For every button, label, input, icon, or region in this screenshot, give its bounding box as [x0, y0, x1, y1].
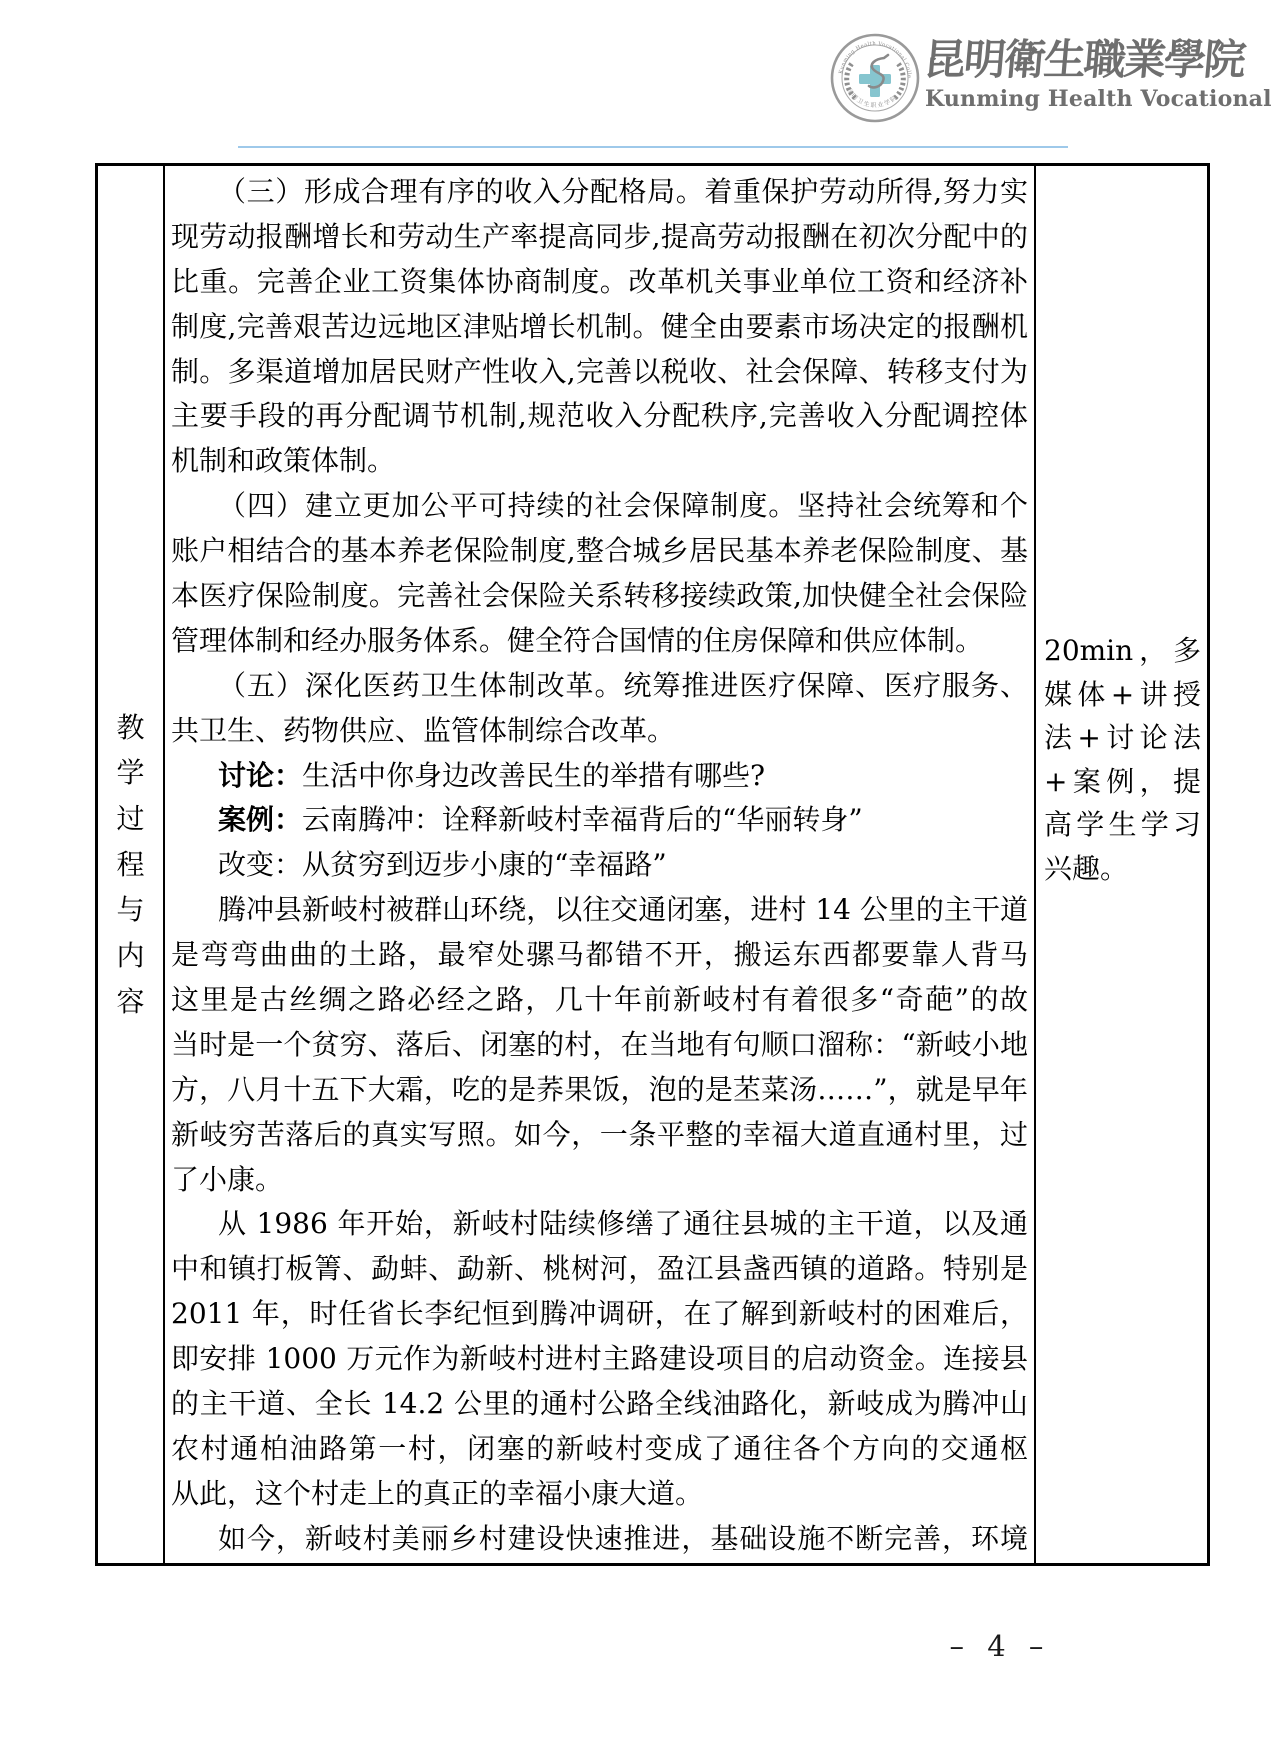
row-header-char: 容: [116, 979, 144, 1025]
content-line: 现劳动报酬增长和劳动生产率提高同步,提高劳动报酬在初次分配中的: [171, 215, 1028, 260]
content-line: 的主干道、全长 14.2 公里的通村公路全线油路化，新岐成为腾冲山区: [171, 1382, 1028, 1427]
content-line: 从此，这个村走上的真正的幸福小康大道。: [171, 1472, 1028, 1517]
laurel-right: [895, 62, 903, 98]
document-page: Kunming Health Vocational College 昆明卫生职业…: [0, 0, 1271, 1763]
content-line: 即安排 1000 万元作为新岐村进村主路建设项目的启动资金。连接县城: [171, 1337, 1028, 1382]
row-header-char: 程: [116, 842, 144, 888]
content-line: 中和镇打板箐、勐蚌、勐新、桃树河，盈江县盏西镇的道路。特别是: [171, 1247, 1028, 1292]
content-line: 当时是一个贫穷、落后、闭塞的村，在当地有句顺口溜称：“新岐小地: [171, 1023, 1028, 1068]
row-header-char: 内: [116, 933, 144, 979]
lesson-table: 教学过程与内容 （三）形成合理有序的收入分配格局。着重保护劳动所得,努力实现劳动…: [95, 163, 1210, 1566]
content-line: 新岐穷苦落后的真实写照。如今，一条平整的幸福大道直通村里，过上: [171, 1113, 1028, 1158]
content-line: 制度,完善艰苦边远地区津贴增长机制。健全由要素市场决定的报酬机: [171, 305, 1028, 350]
content-line: 管理体制和经办服务体系。健全符合国情的住房保障和供应体制。: [171, 619, 1028, 664]
page-number: – 4 –: [900, 1628, 1100, 1664]
content-line: 比重。完善企业工资集体协商制度。改革机关事业单位工资和经济补贴: [171, 260, 1028, 305]
content-line: 案例：云南腾冲：诠释新岐村幸福背后的“华丽转身”: [171, 798, 1028, 843]
method-time-cell: 20min，多媒体+讲授法+讨论法+案例，提高学生学习兴趣。: [1036, 166, 1207, 1563]
content-line: 账户相结合的基本养老保险制度,整合城乡居民基本养老保险制度、基: [171, 529, 1028, 574]
row-header-char: 教: [116, 705, 144, 751]
content-line: 机制和政策体制。: [171, 439, 1028, 484]
college-name-zh: 昆明衛生職業學院: [922, 34, 1271, 86]
method-time-note: 20min，多媒体+讲授法+讨论法+案例，提高学生学习兴趣。: [1044, 629, 1201, 890]
content-line: 讨论：生活中你身边改善民生的举措有哪些?: [171, 754, 1028, 799]
row-header-char: 与: [116, 887, 144, 933]
content-line: 共卫生、药物供应、监管体制综合改革。: [171, 709, 1028, 754]
row-header-char: 过: [116, 796, 144, 842]
content-line: 这里是古丝绸之路必经之路，几十年前新岐村有着很多“奇葩”的故事，: [171, 978, 1028, 1023]
content-line: 农村通柏油路第一村，闭塞的新岐村变成了通往各个方向的交通枢纽，: [171, 1427, 1028, 1472]
header-divider: [238, 146, 1068, 148]
content-line: 改变：从贫穷到迈步小康的“幸福路”: [171, 843, 1028, 888]
content-line: （四）建立更加公平可持续的社会保障制度。坚持社会统筹和个人: [171, 484, 1028, 529]
row-header-teaching-process: 教学过程与内容: [98, 166, 165, 1563]
content-line: 腾冲县新岐村被群山环绕，以往交通闭塞，进村 14 公里的主干道: [171, 888, 1028, 933]
college-name-en: Kunming Health Vocational College: [925, 86, 1270, 112]
content-line: 本医疗保险制度。完善社会保险关系转移接续政策,加快健全社会保险: [171, 574, 1028, 619]
content-line: 是弯弯曲曲的土路，最窄处骡马都错不开，搬运东西都要靠人背马驮。: [171, 933, 1028, 978]
content-line-label: 案例：: [218, 803, 302, 836]
content-cell: （三）形成合理有序的收入分配格局。着重保护劳动所得,努力实现劳动报酬增长和劳动生…: [165, 166, 1036, 1563]
content-line: 从 1986 年开始，新岐村陆续修缮了通往县城的主干道，以及通往: [171, 1202, 1028, 1247]
content-line-label: 讨论：: [218, 759, 302, 792]
content-line: 方，八月十五下大霜，吃的是荞果饭，泡的是苤菜汤……”，就是早年: [171, 1068, 1028, 1113]
row-header-char: 学: [116, 750, 144, 796]
content-line: 如今，新岐村美丽乡村建设快速推进，基础设施不断完善，环境综: [171, 1517, 1028, 1562]
content-line: 主要手段的再分配调节机制,规范收入分配秩序,完善收入分配调控体制: [171, 394, 1028, 439]
content-line: 了小康。: [171, 1158, 1028, 1203]
content-line: （三）形成合理有序的收入分配格局。着重保护劳动所得,努力实: [171, 170, 1028, 215]
content-line: 2011 年，时任省长李纪恒到腾冲调研，在了解到新岐村的困难后，当: [171, 1292, 1028, 1337]
content-line: （五）深化医药卫生体制改革。统筹推进医疗保障、医疗服务、公: [171, 664, 1028, 709]
content-line: 制。多渠道增加居民财产性收入,完善以税收、社会保障、转移支付为: [171, 350, 1028, 395]
college-seal-icon: Kunming Health Vocational College 昆明卫生职业…: [829, 32, 921, 124]
